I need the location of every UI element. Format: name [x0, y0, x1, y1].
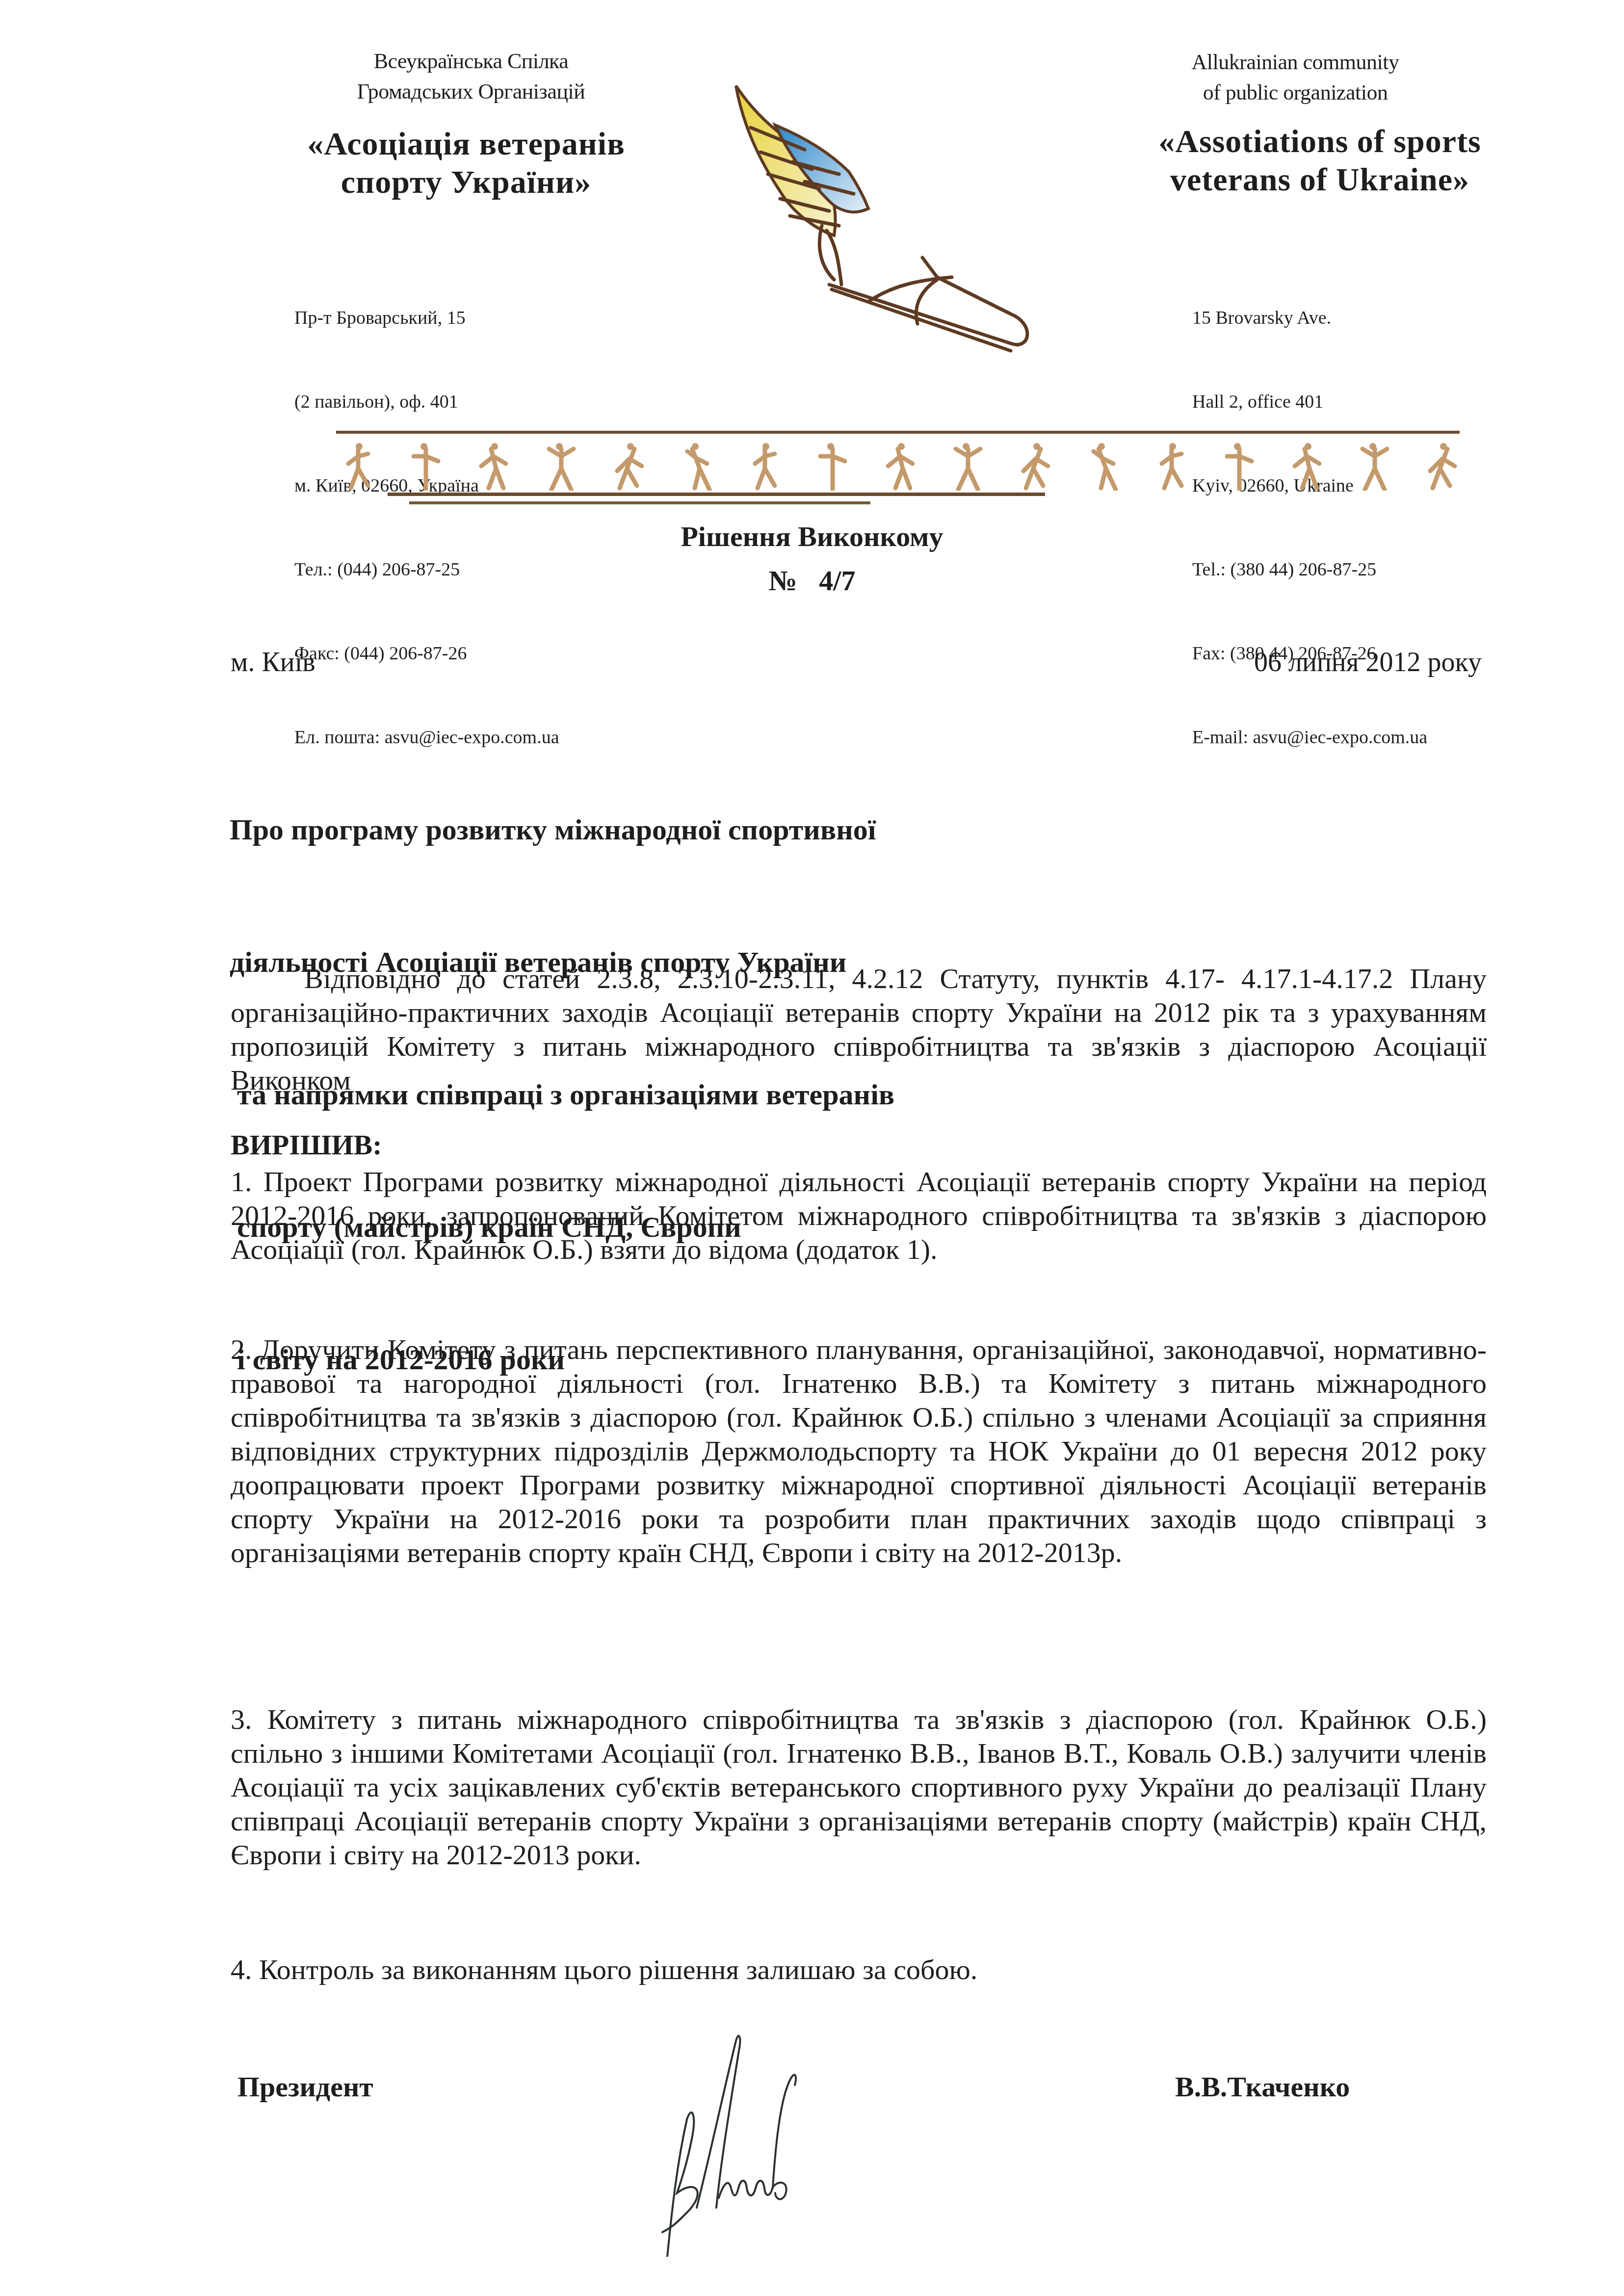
org-name-line: «Асоціація ветеранів	[245, 125, 687, 163]
org-name-ua: «Асоціація ветеранів спорту України»	[245, 125, 687, 202]
sport-pictogram-icon	[339, 442, 378, 491]
signatory-name: В.В.Ткаченко	[1175, 2070, 1350, 2103]
fax-line: Факс: (044) 206-87-26	[294, 640, 559, 668]
sport-pictogram-icon	[881, 442, 920, 491]
org-name-line: спорту України»	[245, 163, 687, 202]
org-name-line: veterans of Ukraine»	[1128, 161, 1511, 199]
sport-pictogram-icon	[1084, 442, 1123, 491]
org-name-en: «Assotiations of sports veterans of Ukra…	[1128, 123, 1511, 199]
sports-pictogram-strip	[339, 439, 1462, 491]
sport-pictogram-icon	[948, 442, 988, 491]
letterhead-divider	[409, 501, 870, 504]
resolution-item: 4. Контроль за виконанням цього рішення …	[231, 1953, 1487, 1986]
resolution-item: 3. Комітету з питань міжнародного співро…	[231, 1702, 1487, 1872]
sport-pictogram-icon	[813, 442, 852, 491]
sport-pictogram-icon	[1423, 442, 1462, 491]
address-en: 15 Brovarsky Ave. Hall 2, office 401 Kyi…	[1192, 248, 1427, 780]
sport-pictogram-icon	[1152, 442, 1191, 491]
winged-sandal-icon	[707, 69, 1070, 422]
decision-title: Рішення Виконкому	[0, 520, 1624, 553]
sport-pictogram-icon	[542, 442, 581, 491]
org-type-line: Всеукраїнська Спілка	[275, 46, 667, 77]
sport-pictogram-icon	[1287, 442, 1327, 491]
handwritten-signature-icon	[633, 2002, 839, 2257]
sport-pictogram-icon	[474, 442, 513, 491]
sport-pictogram-icon	[1016, 442, 1055, 491]
org-type-line: of public organization	[1143, 78, 1447, 108]
address-ua: Пр-т Броварський, 15 (2 павільон), оф. 4…	[294, 248, 559, 780]
sport-pictogram-icon	[745, 442, 785, 491]
org-type-en: Allukrainian community of public organiz…	[1143, 47, 1447, 108]
subject-line: Про програму розвитку міжнародної спорти…	[230, 808, 894, 852]
sport-pictogram-icon	[610, 442, 649, 491]
address-line: Пр-т Броварський, 15	[294, 304, 559, 332]
org-type-ua: Всеукраїнська Спілка Громадських Організ…	[275, 46, 667, 107]
signatory-role: Президент	[237, 2070, 373, 2103]
decision-date: 06 липня 2012 року	[1254, 647, 1482, 678]
preamble-paragraph: Відповідно до статей 2.3.8, 2.3.10-2.3.1…	[231, 962, 1487, 1097]
address-line: (2 павільон), оф. 401	[294, 388, 559, 416]
resolution-item: 2. Доручити Комітету з питань перспектив…	[231, 1332, 1487, 1569]
sport-pictogram-icon	[678, 442, 717, 491]
decision-number: № 4/7	[0, 564, 1624, 597]
decision-city: м. Київ	[231, 647, 315, 678]
resolution-item: 1. Проект Програми розвитку міжнародної …	[231, 1165, 1487, 1266]
address-line: Hall 2, office 401	[1192, 388, 1427, 416]
org-name-line: «Assotiations of sports	[1128, 123, 1511, 161]
sport-pictogram-icon	[1220, 442, 1259, 491]
letterhead-divider	[336, 431, 1460, 434]
sport-pictogram-icon	[1355, 442, 1394, 491]
email-line: E-mail: asvu@iec-expo.com.ua	[1192, 724, 1427, 752]
letterhead-divider	[388, 493, 1045, 496]
address-line: 15 Brovarsky Ave.	[1192, 304, 1427, 332]
resolved-heading: ВИРІШИВ:	[231, 1128, 382, 1161]
org-type-line: Громадських Організацій	[275, 77, 667, 107]
org-type-line: Allukrainian community	[1143, 47, 1447, 78]
sport-pictogram-icon	[406, 442, 445, 491]
